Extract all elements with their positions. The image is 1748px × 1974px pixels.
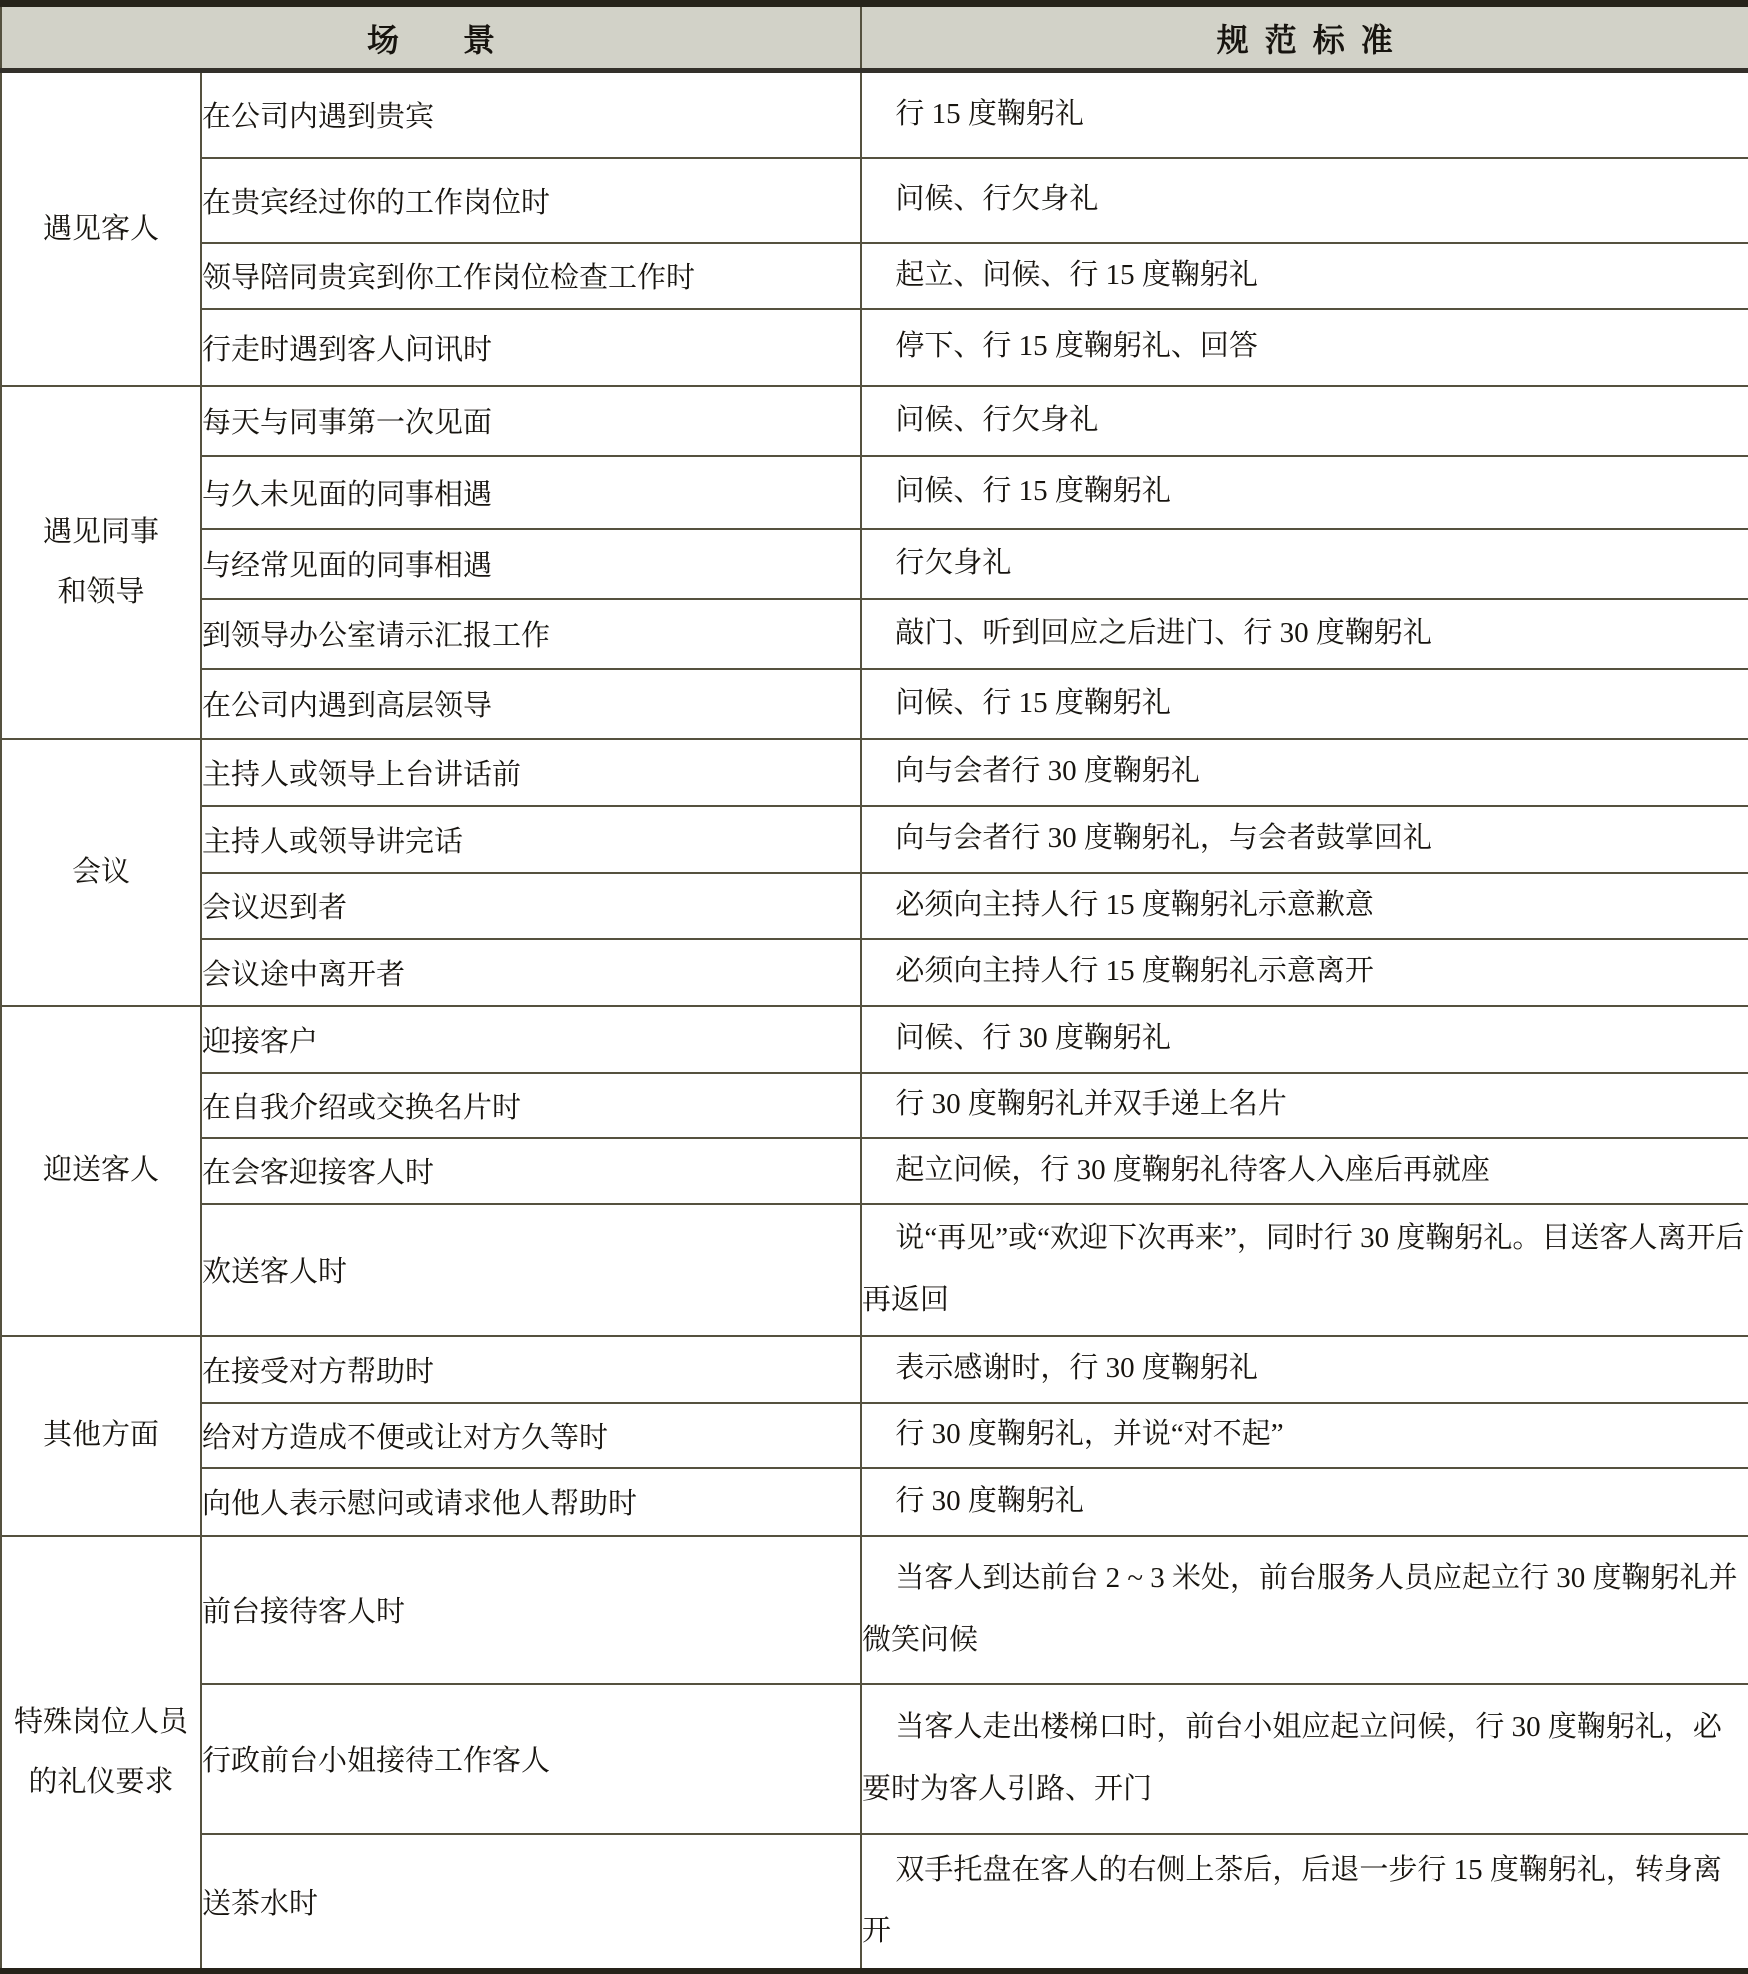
standard-cell: 行欠身礼 bbox=[861, 529, 1748, 599]
standard-cell: 行 30 度鞠躬礼 bbox=[861, 1468, 1748, 1536]
header-scene-label: 场景 bbox=[303, 22, 559, 58]
scenario-cell: 每天与同事第一次见面 bbox=[201, 386, 861, 456]
scenario-cell: 欢送客人时 bbox=[201, 1204, 861, 1336]
standard-cell: 双手托盘在客人的右侧上茶后，后退一步行 15 度鞠躬礼，转身离开 bbox=[861, 1834, 1748, 1971]
standard-text: 停下、行 15 度鞠躬礼、回答 bbox=[862, 316, 1748, 377]
document-page: 场景 规范标准 遇见客人 在公司内遇到贵宾 行 15 度鞠躬礼 在贵宾经过你的工… bbox=[0, 0, 1748, 1974]
scenario-cell: 送茶水时 bbox=[201, 1834, 861, 1971]
standard-cell: 起立问候，行 30 度鞠躬礼待客人入座后再就座 bbox=[861, 1138, 1748, 1204]
standard-text: 表示感谢时，行 30 度鞠躬礼 bbox=[862, 1338, 1748, 1399]
standard-cell: 问候、行 30 度鞠躬礼 bbox=[861, 1006, 1748, 1073]
standard-text: 当客人到达前台 2 ~ 3 米处，前台服务人员应起立行 30 度鞠躬礼并微笑问候 bbox=[862, 1548, 1748, 1671]
standard-cell: 行 30 度鞠躬礼，并说“对不起” bbox=[861, 1403, 1748, 1468]
standard-text: 行 30 度鞠躬礼，并说“对不起” bbox=[862, 1404, 1748, 1465]
standard-text: 双手托盘在客人的右侧上茶后，后退一步行 15 度鞠躬礼，转身离开 bbox=[862, 1840, 1748, 1963]
standard-cell: 问候、行欠身礼 bbox=[861, 158, 1748, 243]
header-standard: 规范标准 bbox=[861, 4, 1748, 71]
standard-cell: 停下、行 15 度鞠躬礼、回答 bbox=[861, 309, 1748, 386]
standard-text: 问候、行欠身礼 bbox=[862, 390, 1748, 451]
standard-text: 问候、行欠身礼 bbox=[862, 169, 1748, 230]
scenario-cell: 向他人表示慰问或请求他人帮助时 bbox=[201, 1468, 861, 1536]
standard-cell: 敲门、听到回应之后进门、行 30 度鞠躬礼 bbox=[861, 599, 1748, 669]
scenario-cell: 与经常见面的同事相遇 bbox=[201, 529, 861, 599]
standard-text: 起立、问候、行 15 度鞠躬礼 bbox=[862, 245, 1748, 306]
scenario-cell: 给对方造成不便或让对方久等时 bbox=[201, 1403, 861, 1468]
group-label-other-aspects: 其他方面 bbox=[1, 1336, 201, 1536]
scenario-cell: 会议途中离开者 bbox=[201, 939, 861, 1006]
scenario-cell: 迎接客户 bbox=[201, 1006, 861, 1073]
standard-cell: 向与会者行 30 度鞠躬礼，与会者鼓掌回礼 bbox=[861, 806, 1748, 873]
scenario-cell: 主持人或领导讲完话 bbox=[201, 806, 861, 873]
standard-cell: 行 15 度鞠躬礼 bbox=[861, 71, 1748, 158]
group-label-meeting-colleagues-leaders: 遇见同事 和领导 bbox=[1, 386, 201, 739]
standard-cell: 必须向主持人行 15 度鞠躬礼示意离开 bbox=[861, 939, 1748, 1006]
standard-text: 向与会者行 30 度鞠躬礼 bbox=[862, 741, 1748, 802]
scenario-cell: 行政前台小姐接待工作客人 bbox=[201, 1684, 861, 1834]
standard-cell: 向与会者行 30 度鞠躬礼 bbox=[861, 739, 1748, 806]
scenario-cell: 在公司内遇到高层领导 bbox=[201, 669, 861, 739]
scenario-cell: 在接受对方帮助时 bbox=[201, 1336, 861, 1403]
scenario-cell: 与久未见面的同事相遇 bbox=[201, 456, 861, 529]
group-label-special-positions: 特殊岗位人员 的礼仪要求 bbox=[1, 1536, 201, 1971]
standard-cell: 当客人走出楼梯口时，前台小姐应起立问候，行 30 度鞠躬礼，必要时为客人引路、开… bbox=[861, 1684, 1748, 1834]
standard-text: 起立问候，行 30 度鞠躬礼待客人入座后再就座 bbox=[862, 1140, 1748, 1201]
standard-text: 说“再见”或“欢迎下次再来”，同时行 30 度鞠躬礼。目送客人离开后再返回 bbox=[862, 1208, 1748, 1331]
standard-cell: 必须向主持人行 15 度鞠躬礼示意歉意 bbox=[861, 873, 1748, 939]
group-label-meetings: 会议 bbox=[1, 739, 201, 1006]
standard-text: 行 30 度鞠躬礼 bbox=[862, 1471, 1748, 1532]
scenario-cell: 领导陪同贵宾到你工作岗位检查工作时 bbox=[201, 243, 861, 309]
standard-cell: 问候、行欠身礼 bbox=[861, 386, 1748, 456]
standard-text: 行 30 度鞠躬礼并双手递上名片 bbox=[862, 1074, 1748, 1135]
scenario-cell: 在公司内遇到贵宾 bbox=[201, 71, 861, 158]
standard-text: 问候、行 15 度鞠躬礼 bbox=[862, 673, 1748, 734]
scenario-cell: 到领导办公室请示汇报工作 bbox=[201, 599, 861, 669]
standard-cell: 行 30 度鞠躬礼并双手递上名片 bbox=[861, 1073, 1748, 1138]
standard-cell: 说“再见”或“欢迎下次再来”，同时行 30 度鞠躬礼。目送客人离开后再返回 bbox=[861, 1204, 1748, 1336]
standard-cell: 问候、行 15 度鞠躬礼 bbox=[861, 669, 1748, 739]
header-standard-label: 规范标准 bbox=[1201, 22, 1409, 58]
scenario-cell: 主持人或领导上台讲话前 bbox=[201, 739, 861, 806]
standard-text: 必须向主持人行 15 度鞠躬礼示意歉意 bbox=[862, 875, 1748, 936]
scenario-cell: 在自我介绍或交换名片时 bbox=[201, 1073, 861, 1138]
standard-text: 行欠身礼 bbox=[862, 533, 1748, 594]
standard-cell: 表示感谢时，行 30 度鞠躬礼 bbox=[861, 1336, 1748, 1403]
standard-text: 行 15 度鞠躬礼 bbox=[862, 84, 1748, 145]
etiquette-table: 场景 规范标准 遇见客人 在公司内遇到贵宾 行 15 度鞠躬礼 在贵宾经过你的工… bbox=[0, 0, 1748, 1974]
scenario-cell: 在贵宾经过你的工作岗位时 bbox=[201, 158, 861, 243]
standard-text: 当客人走出楼梯口时，前台小姐应起立问候，行 30 度鞠躬礼，必要时为客人引路、开… bbox=[862, 1697, 1748, 1820]
standard-text: 敲门、听到回应之后进门、行 30 度鞠躬礼 bbox=[862, 603, 1748, 664]
standard-cell: 问候、行 15 度鞠躬礼 bbox=[861, 456, 1748, 529]
standard-text: 问候、行 15 度鞠躬礼 bbox=[862, 461, 1748, 522]
standard-cell: 起立、问候、行 15 度鞠躬礼 bbox=[861, 243, 1748, 309]
group-label-welcoming-guests: 迎送客人 bbox=[1, 1006, 201, 1336]
scenario-cell: 前台接待客人时 bbox=[201, 1536, 861, 1684]
standard-text: 必须向主持人行 15 度鞠躬礼示意离开 bbox=[862, 941, 1748, 1002]
group-label-meeting-guests: 遇见客人 bbox=[1, 71, 201, 386]
standard-cell: 当客人到达前台 2 ~ 3 米处，前台服务人员应起立行 30 度鞠躬礼并微笑问候 bbox=[861, 1536, 1748, 1684]
scenario-cell: 会议迟到者 bbox=[201, 873, 861, 939]
scenario-cell: 行走时遇到客人问讯时 bbox=[201, 309, 861, 386]
standard-text: 问候、行 30 度鞠躬礼 bbox=[862, 1008, 1748, 1069]
header-scene: 场景 bbox=[1, 4, 861, 71]
standard-text: 向与会者行 30 度鞠躬礼，与会者鼓掌回礼 bbox=[862, 808, 1748, 869]
scenario-cell: 在会客迎接客人时 bbox=[201, 1138, 861, 1204]
